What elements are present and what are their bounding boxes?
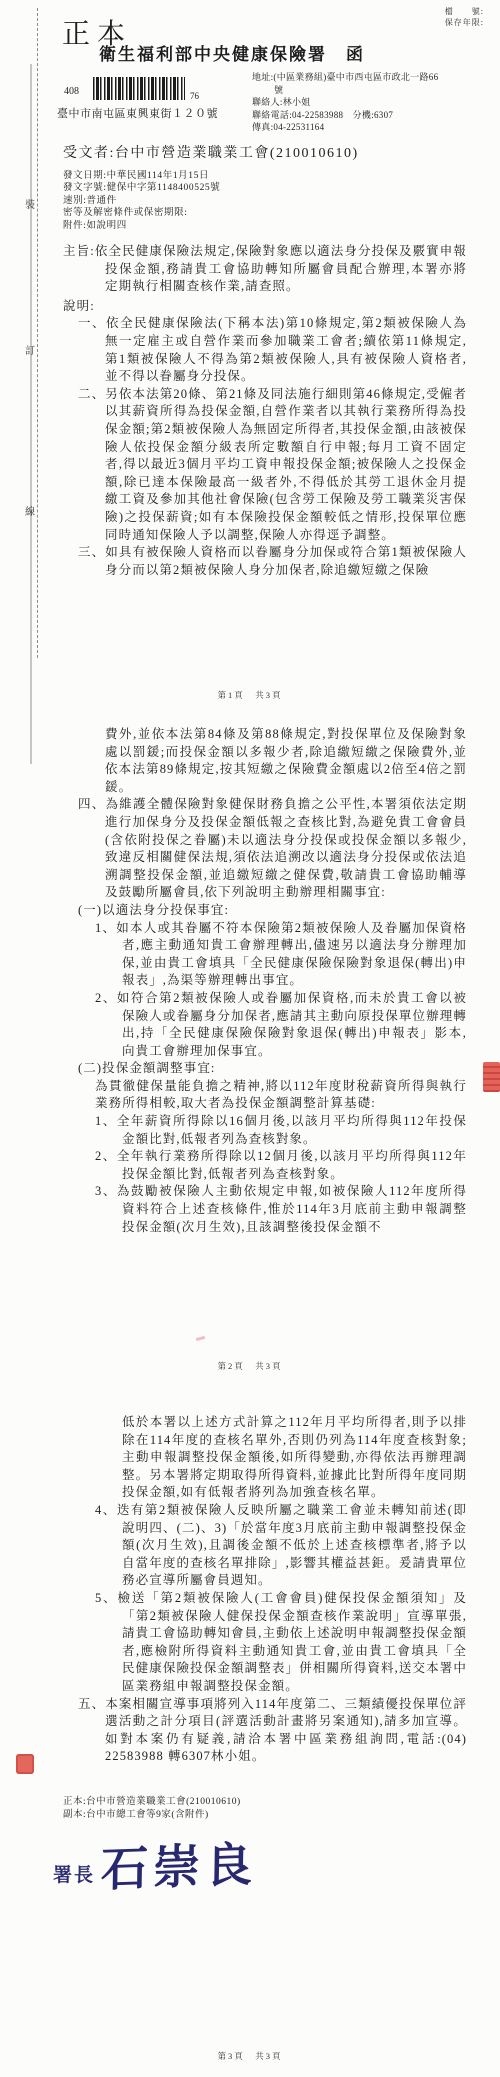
addressee-line: 受文者:台中市營造業職業工會(210010610) [63, 142, 467, 162]
recipient-zip: 408 [64, 86, 79, 97]
section1-item-2: 2、如符合第2類被保險人或眷屬加保資格,而未於貴工會以被保險人或眷屬身分加保者,… [95, 990, 467, 1060]
item-text: 另依本法第20條、第21條及同法施行細則第46條規定,受僱者以其薪資所得為投保金… [105, 387, 467, 542]
section2-item-3: 3、為鼓勵被保險人主動依規定申報,如被保險人112年度所得資料符合上述查核條件,… [95, 1183, 467, 1236]
page3-body: 低於本署以上述方式計算之112年月平均所得者,則予以排除在114年度的查核名單外… [0, 1390, 500, 1892]
explanation-item-1: 一、依全民健康保險法(下稱本法)第10條規定,第2類被保險人為無一定雇主或自營作… [78, 315, 467, 385]
retention-label: 保存年限: [445, 18, 484, 29]
item-text: 迭有第2類被保險人反映所屬之職業工會並未轉知前述(即說明四、(二)、3)「於當年… [117, 1503, 467, 1587]
item-number: 5、 [95, 1591, 117, 1605]
section2-item3-continuation: 低於本署以上述方式計算之112年月平均所得者,則予以排除在114年度的查核名單外… [122, 1414, 467, 1502]
item-number: 二、 [78, 387, 105, 401]
recipient-street-address: 臺中市南屯區東興東街１２０號 [57, 105, 218, 121]
document-page-2: 費外,並依本法第84條及第88條規定,對投保單位及保險對象處以罰鍰;而投保金額以… [0, 710, 500, 1390]
item-text: 本案相關宣導事項將列入114年度第二、三類績優投保單位評選活動之計分項目(評選活… [105, 1697, 467, 1764]
item-text: 全年執行業務所得除以12個月後,以該月平均所得與112年投保金額比對,低報者列為… [117, 1149, 467, 1181]
distribution-block: 正本:台中市營造業職業工會(210010610) 副本:台中市總工會等9家(含附… [63, 1796, 467, 1823]
page1-footer: 第1頁 共3頁 [0, 689, 500, 701]
signer-title: 署長 [53, 1860, 95, 1887]
explanation-label: 說明: [63, 298, 467, 316]
item3-continuation: 費外,並依本法第84條及第88條規定,對投保單位及保險對象處以罰鍰;而投保金額以… [105, 726, 467, 796]
item-text: 檢送「第2類被保險人(工會會員)健保投保金額須知」及「第2類被保險人健保投保金額… [117, 1591, 467, 1693]
item-text: 依全民健康保險法(下稱本法)第10條規定,第2類被保險人為無一定雇主或自營作業而… [105, 316, 467, 383]
item-number: 五、 [78, 1697, 105, 1711]
document-title: 衛生福利部中央健康保險署 函 [0, 40, 464, 65]
barcode-number: 76 [190, 91, 199, 101]
explanation-item-4: 四、為維護全體保險對象健保財務負擔之公平性,本署須依法定期進行加保身分及投保金額… [78, 796, 467, 902]
speed-class: 速別:普通件 [63, 195, 467, 207]
explanation-item-3: 三、如具有被保險人資格而以眷屬身分加保或符合第1類被保險人身分而以第2類被保險人… [78, 544, 467, 579]
section2-item-5: 5、檢送「第2類被保險人(工會會員)健保投保金額須知」及「第2類被保險人健保投保… [95, 1590, 467, 1696]
issue-date: 發文日期:中華民國114年1月15日 [63, 170, 467, 182]
agency-address-line1: 地址:(中區業務組)臺中市西屯區市政北一路66 [252, 71, 470, 84]
contact-fax: 傳真:04-22531164 [252, 121, 470, 134]
item-number: 一、 [78, 316, 106, 330]
file-number-label: 檔 號: [445, 7, 484, 18]
subject-text: 依全民健康保險法規定,保險對象應以適法身分投保及覈實申報投保金額,務請貴工會協助… [95, 244, 467, 293]
section1-heading: (一)以適法身分投保事宜: [78, 902, 467, 920]
item-number: 4、 [95, 1503, 117, 1517]
item-number: 1、 [95, 1114, 117, 1128]
file-number-block: 檔 號: 保存年限: [445, 7, 484, 28]
doc-number: 發文字號:健保中字第1148400525號 [63, 182, 467, 194]
contact-person: 聯絡人:林小姐 [252, 96, 470, 109]
item-text: 如符合第2類被保險人或眷屬加保資格,而未於貴工會以被保險人或眷屬身分加保者,應請… [117, 991, 467, 1058]
item-text: 為維護全體保險對象健保財務負擔之公平性,本署須依法定期進行加保身分及投保金額低報… [105, 797, 467, 899]
item-number: 2、 [95, 991, 117, 1005]
document-page-1: 正本 檔 號: 保存年限: 衛生福利部中央健康保險署 函 408 76 臺中市南… [0, 0, 500, 710]
explanation-item-5: 五、本案相關宣導事項將列入114年度第二、三類績優投保單位評選活動之計分項目(評… [78, 1696, 467, 1766]
section2-intro: 為貫徹健保量能負擔之精神,將以112年度財稅薪資所得與執行業務所得相較,取大者為… [95, 1078, 467, 1113]
agency-address-line2: 號 [252, 84, 470, 97]
item-number: 三、 [78, 545, 105, 559]
scanned-official-letter: { "colors": { "stamp_red": "#d9382e", "s… [0, 0, 500, 2077]
subject-paragraph: 主旨:依全民健康保險法規定,保險對象應以適法身分投保及覈實申報投保金額,務請貴工… [63, 243, 467, 296]
explanation-item-2: 二、另依本法第20條、第21條及同法施行細則第46條規定,受僱者以其薪資所得為投… [78, 386, 467, 544]
item-text: 為鼓勵被保險人主動依規定申報,如被保險人112年度所得資料符合上述查核條件,惟於… [117, 1184, 467, 1233]
page3-footer: 第3頁 共3頁 [0, 2050, 500, 2062]
section2-item-1: 1、全年薪資所得除以16個月後,以該月平均所得與112年投保金額比對,低報者列為… [95, 1113, 467, 1148]
item-number: 四、 [78, 797, 105, 811]
security-class: 密等及解密條件或保密期限: [63, 207, 467, 219]
agency-contact-block: 地址:(中區業務組)臺中市西屯區市政北一路66 號 聯絡人:林小姐 聯絡電話:0… [252, 71, 470, 134]
attachment-note: 附件:如說明四 [63, 220, 467, 232]
signature-block: 署長 石崇良 [53, 1845, 467, 1892]
page2-footer: 第2頁 共3頁 [0, 1360, 500, 1372]
signer-signature: 石崇良 [101, 1842, 258, 1895]
cc-recipient-line: 副本:台中市總工會等9家(含附件) [63, 1809, 467, 1823]
section2-item-4: 4、迭有第2類被保險人反映所屬之職業工會並未轉知前述(即說明四、(二)、3)「於… [95, 1502, 467, 1590]
item-text: 如具有被保險人資格而以眷屬身分加保或符合第1類被保險人身分而以第2類被保險人身分… [105, 545, 467, 577]
item-number: 2、 [95, 1149, 117, 1163]
item-text: 全年薪資所得除以16個月後,以該月平均所得與112年投保金額比對,低報者列為查核… [117, 1114, 467, 1146]
item-number: 3、 [95, 1184, 117, 1198]
section1-item-1: 1、如本人或其眷屬不符本保險第2類被保險人及眷屬加保資格者,應主動通知貴工會辦理… [95, 920, 467, 990]
item-text: 如本人或其眷屬不符本保險第2類被保險人及眷屬加保資格者,應主動通知貴工會辦理轉出… [116, 921, 467, 988]
page2-body: 費外,並依本法第84條及第88條規定,對投保單位及保險對象處以罰鍰;而投保金額以… [0, 710, 500, 1236]
section2-heading: (二)投保金額調整事宜: [78, 1060, 467, 1078]
subject-label: 主旨: [63, 244, 95, 258]
item-number: 1、 [95, 921, 116, 935]
original-recipient-line: 正本:台中市營造業職業工會(210010610) [63, 1796, 467, 1810]
mailing-barcode [93, 77, 185, 100]
section2-item-2: 2、全年執行業務所得除以12個月後,以該月平均所得與112年投保金額比對,低報者… [95, 1148, 467, 1183]
document-page-3: 低於本署以上述方式計算之112年月平均所得者,則予以排除在114年度的查核名單外… [0, 1390, 500, 2077]
contact-phone: 聯絡電話:04-22583988 分機:6307 [252, 109, 470, 122]
